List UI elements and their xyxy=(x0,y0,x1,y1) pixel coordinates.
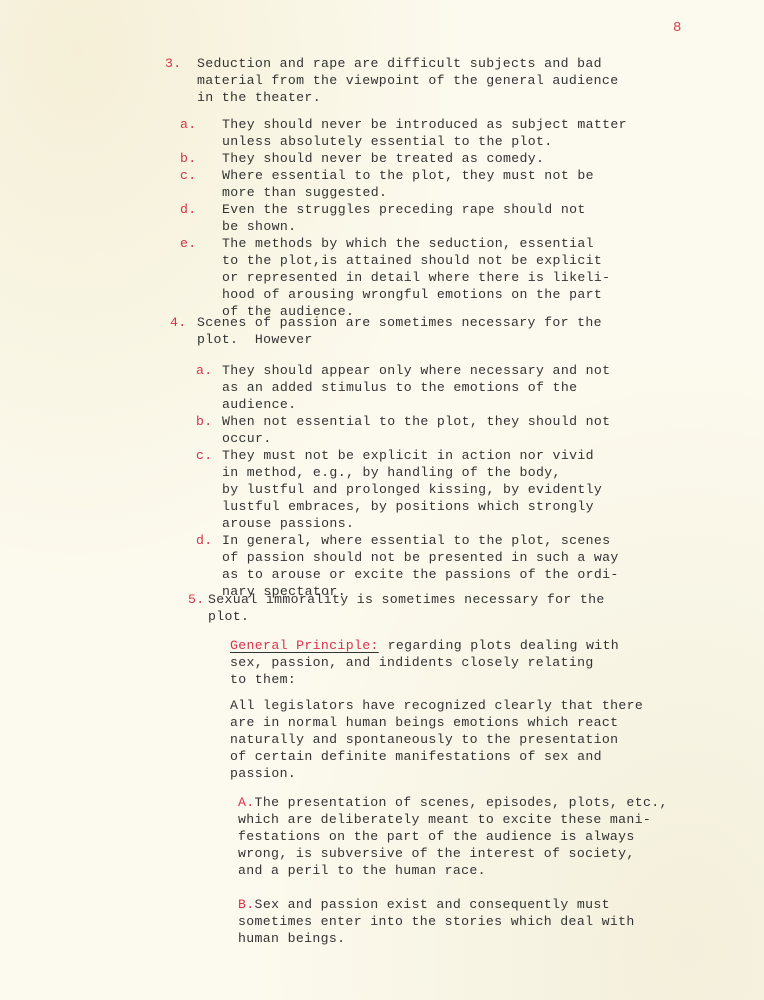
item-letter: c. xyxy=(196,447,213,464)
item-letter: d. xyxy=(180,201,197,218)
item-letter: e. xyxy=(180,235,197,252)
item-text: In general, where essential to the plot,… xyxy=(222,532,610,549)
paragraph-text: are in normal human beings emotions whic… xyxy=(230,714,618,731)
item-letter: c. xyxy=(180,167,197,184)
paragraph-text: passion. xyxy=(230,765,296,782)
item-text: occur. xyxy=(222,430,272,447)
item-text: by lustful and prolonged kissing, by evi… xyxy=(222,481,602,498)
item-letter: b. xyxy=(196,413,213,430)
section-number: 4. xyxy=(170,314,187,331)
item-letter: b. xyxy=(180,150,197,167)
item-letter: d. xyxy=(196,532,213,549)
point-text: wrong, is subversive of the interest of … xyxy=(238,845,635,862)
item-text: They should never be introduced as subje… xyxy=(222,116,627,133)
point-text: which are deliberately meant to excite t… xyxy=(238,811,651,828)
general-principle-text: regarding plots dealing with xyxy=(379,637,619,654)
section-text: Sexual immorality is sometimes necessary… xyxy=(208,591,605,608)
item-text: or represented in detail where there is … xyxy=(222,269,610,286)
item-text: The methods by which the seduction, esse… xyxy=(222,235,594,252)
item-text: They must not be explicit in action nor … xyxy=(222,447,594,464)
item-text: in method, e.g., by handling of the body… xyxy=(222,464,561,481)
item-text: Even the struggles preceding rape should… xyxy=(222,201,586,218)
item-text: more than suggested. xyxy=(222,184,387,201)
item-text: lustful embraces, by positions which str… xyxy=(222,498,594,515)
section-text: plot. xyxy=(208,608,249,625)
point-text: The presentation of scenes, episodes, pl… xyxy=(246,794,667,811)
paragraph-text: of certain definite manifestations of se… xyxy=(230,748,602,765)
item-text: arouse passions. xyxy=(222,515,354,532)
section-text: plot. However xyxy=(197,331,313,348)
item-text: audience. xyxy=(222,396,296,413)
item-text: hood of arousing wrongful emotions on th… xyxy=(222,286,602,303)
point-text: human beings. xyxy=(238,930,345,947)
section-text: Seduction and rape are difficult subject… xyxy=(197,55,602,72)
item-text: unless absolutely essential to the plot. xyxy=(222,133,553,150)
section-number: 3. xyxy=(165,55,182,72)
general-principle-label: General Principle: xyxy=(230,637,379,654)
page-number: 8 xyxy=(673,20,681,36)
section-text: material from the viewpoint of the gener… xyxy=(197,72,618,89)
point-text: festations on the part of the audience i… xyxy=(238,828,635,845)
item-text: They should appear only where necessary … xyxy=(222,362,610,379)
section-text: in the theater. xyxy=(197,89,321,106)
paragraph-text: All legislators have recognized clearly … xyxy=(230,697,643,714)
point-text: sometimes enter into the stories which d… xyxy=(238,913,635,930)
item-text: be shown. xyxy=(222,218,296,235)
item-letter: a. xyxy=(180,116,197,133)
section-text: Scenes of passion are sometimes necessar… xyxy=(197,314,602,331)
point-text: and a peril to the human race. xyxy=(238,862,486,879)
item-text: They should never be treated as comedy. xyxy=(222,150,544,167)
item-text: as an added stimulus to the emotions of … xyxy=(222,379,577,396)
item-text: as to arouse or excite the passions of t… xyxy=(222,566,619,583)
item-text: of passion should not be presented in su… xyxy=(222,549,619,566)
general-principle-text: to them: xyxy=(230,671,296,688)
item-text: When not essential to the plot, they sho… xyxy=(222,413,610,430)
item-letter: a. xyxy=(196,362,213,379)
item-text: Where essential to the plot, they must n… xyxy=(222,167,594,184)
general-principle-text: sex, passion, and indidents closely rela… xyxy=(230,654,594,671)
item-text: to the plot,is attained should not be ex… xyxy=(222,252,602,269)
section-number: 5. xyxy=(188,591,205,608)
point-text: Sex and passion exist and consequently m… xyxy=(246,896,610,913)
paragraph-text: naturally and spontaneously to the prese… xyxy=(230,731,618,748)
